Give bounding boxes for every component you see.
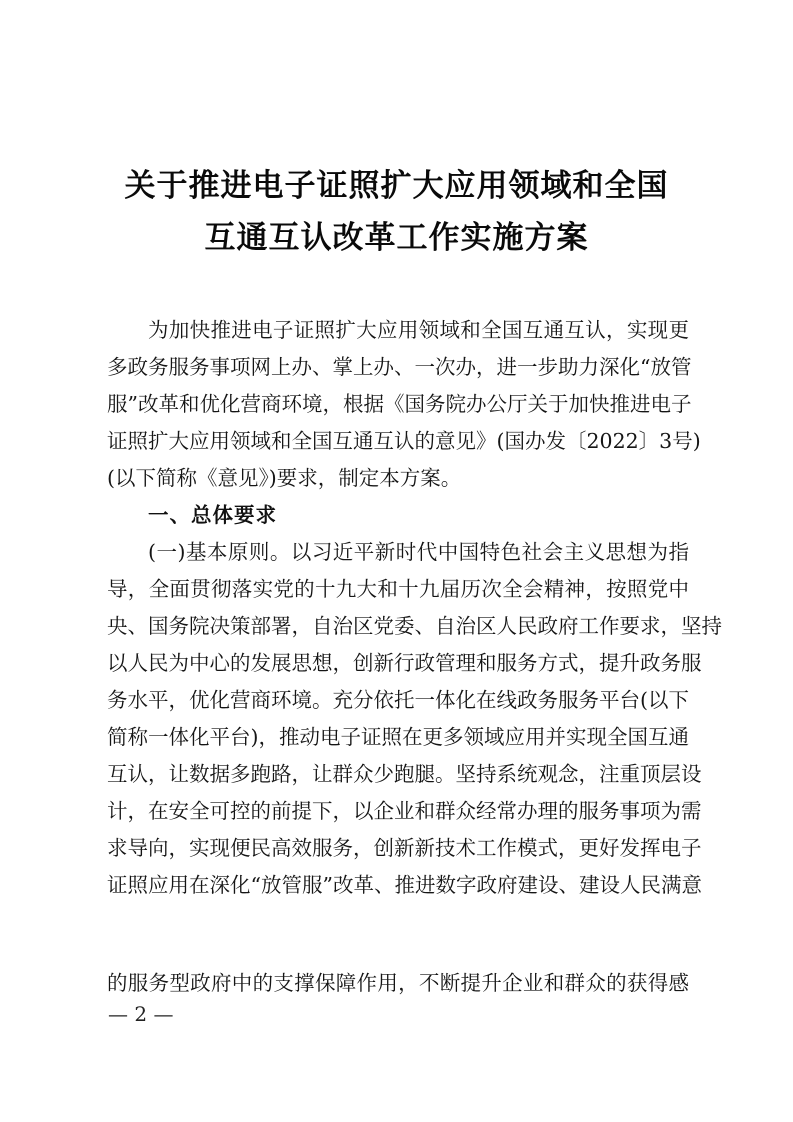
page-number: — 2 —: [108, 1002, 173, 1026]
document-title-line-1: 关于推进电子证照扩大应用领域和全国: [0, 168, 793, 204]
principle-paragraph-line: 导，全面贯彻落实党的十九大和十九届历次全会精神，按照党中: [107, 576, 689, 602]
principle-paragraph-line: 求导向，实现便民高效服务，创新新技术工作模式，更好发挥电子: [107, 835, 689, 861]
section-heading: 一、总体要求: [148, 502, 277, 528]
intro-paragraph-line: 服”改革和优化营商环境，根据《国务院办公厅关于加快推进电子: [107, 391, 689, 417]
principle-paragraph-line: 互认，让数据多跑路，让群众少跑腿。坚持系统观念，注重顶层设: [107, 761, 689, 787]
document-page: 关于推进电子证照扩大应用领域和全国 互通互认改革工作实施方案 为加快推进电子证照…: [0, 0, 793, 1122]
intro-paragraph-line: 多政务服务事项网上办、掌上办、一次办，进一步助力深化“放管: [107, 354, 689, 380]
intro-paragraph-line: (以下简称《意见》)要求，制定本方案。: [107, 465, 689, 491]
principle-paragraph-line: 央、国务院决策部署，自治区党委、自治区人民政府工作要求，坚持: [107, 613, 689, 639]
principle-paragraph-line: 证照应用在深化“放管服”改革、推进数字政府建设、建设人民满意: [107, 872, 689, 898]
principle-paragraph-line: 的服务型政府中的支撑保障作用，不断提升企业和群众的获得感: [107, 970, 689, 996]
principle-paragraph-line: 务水平，优化营商环境。充分依托一体化在线政务服务平台(以下: [107, 687, 689, 713]
principle-paragraph-line: (一)基本原则。以习近平新时代中国特色社会主义思想为指: [148, 539, 689, 565]
intro-paragraph-line: 为加快推进电子证照扩大应用领域和全国互通互认，实现更: [148, 317, 689, 343]
principle-paragraph-line: 计，在安全可控的前提下，以企业和群众经常办理的服务事项为需: [107, 798, 689, 824]
document-title-line-2: 互通互认改革工作实施方案: [0, 220, 793, 256]
principle-paragraph-line: 简称一体化平台)，推动电子证照在更多领域应用并实现全国互通: [107, 724, 689, 750]
principle-paragraph-line: 以人民为中心的发展思想，创新行政管理和服务方式，提升政务服: [107, 650, 689, 676]
intro-paragraph-line: 证照扩大应用领域和全国互通互认的意见》(国办发〔2022〕3号): [107, 428, 689, 454]
